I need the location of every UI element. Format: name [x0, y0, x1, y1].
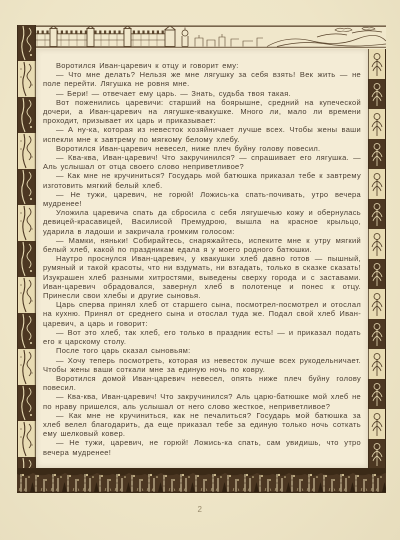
story-paragraph: Воротился Иван-царевич невесел, ниже пле…	[43, 144, 361, 153]
left-ornament-illustration	[17, 25, 36, 493]
story-paragraph: — Не тужи, царевич, не горюй! Ложись-ка …	[43, 190, 361, 208]
right-border-ornament-art	[368, 49, 386, 468]
city-wall-illustration	[17, 25, 386, 49]
story-paragraph: — Как мне не кручиниться? Государь мой б…	[43, 171, 361, 189]
story-paragraph: Вот поженились царевичи: старший на бояр…	[43, 98, 361, 126]
bottom-border-forest-art	[17, 468, 386, 493]
story-paragraph: — Как мне не кручиниться, как не печалит…	[43, 411, 361, 439]
story-text: Воротился Иван-царевич к отцу и говорит …	[43, 61, 361, 464]
story-paragraph: Уложила царевича спать да сбросила с себ…	[43, 208, 361, 236]
page-number: 2	[0, 505, 400, 517]
book-page: Воротился Иван-царевич к отцу и говорит …	[0, 0, 400, 540]
story-paragraph: — Ква-ква, Иван-царевич! Что закручинилс…	[43, 153, 361, 171]
story-paragraph: — Что мне делать? Нельзя же мне лягушку …	[43, 70, 361, 88]
story-paragraph: Воротился домой Иван-царевич невесел, оп…	[43, 374, 361, 392]
story-paragraph: — Не тужи, царевич, не горюй! Ложись-ка …	[43, 438, 361, 456]
story-paragraph: — А ну-ка, которая из невесток хозяйнича…	[43, 125, 361, 143]
forest-illustration	[17, 468, 386, 493]
right-ornament-illustration	[368, 49, 386, 468]
story-paragraph: Наутро проснулся Иван-царевич, у квакушк…	[43, 254, 361, 300]
story-paragraph: Воротился Иван-царевич к отцу и говорит …	[43, 61, 361, 70]
story-paragraph: — Мамки, няньки! Собирайтесь, снаряжайте…	[43, 236, 361, 254]
story-paragraph: — Хочу теперь посмотреть, которая из нев…	[43, 356, 361, 374]
top-border-city-panorama-art	[17, 25, 386, 49]
story-paragraph: Царь сперва принял хлеб от старшего сына…	[43, 300, 361, 328]
text-panel: Воротился Иван-царевич к отцу и говорит …	[36, 49, 368, 468]
story-paragraph: — Бери! — отвечает ему царь. — Знать, су…	[43, 89, 361, 98]
left-border-ornament-art	[17, 25, 36, 493]
story-paragraph: — Ква-ква, Иван-царевич! Что закручинилс…	[43, 392, 361, 410]
story-paragraph: — Вот это хлеб, так хлеб, его только в п…	[43, 328, 361, 346]
story-paragraph: После того царь сказал сыновьям:	[43, 346, 361, 355]
